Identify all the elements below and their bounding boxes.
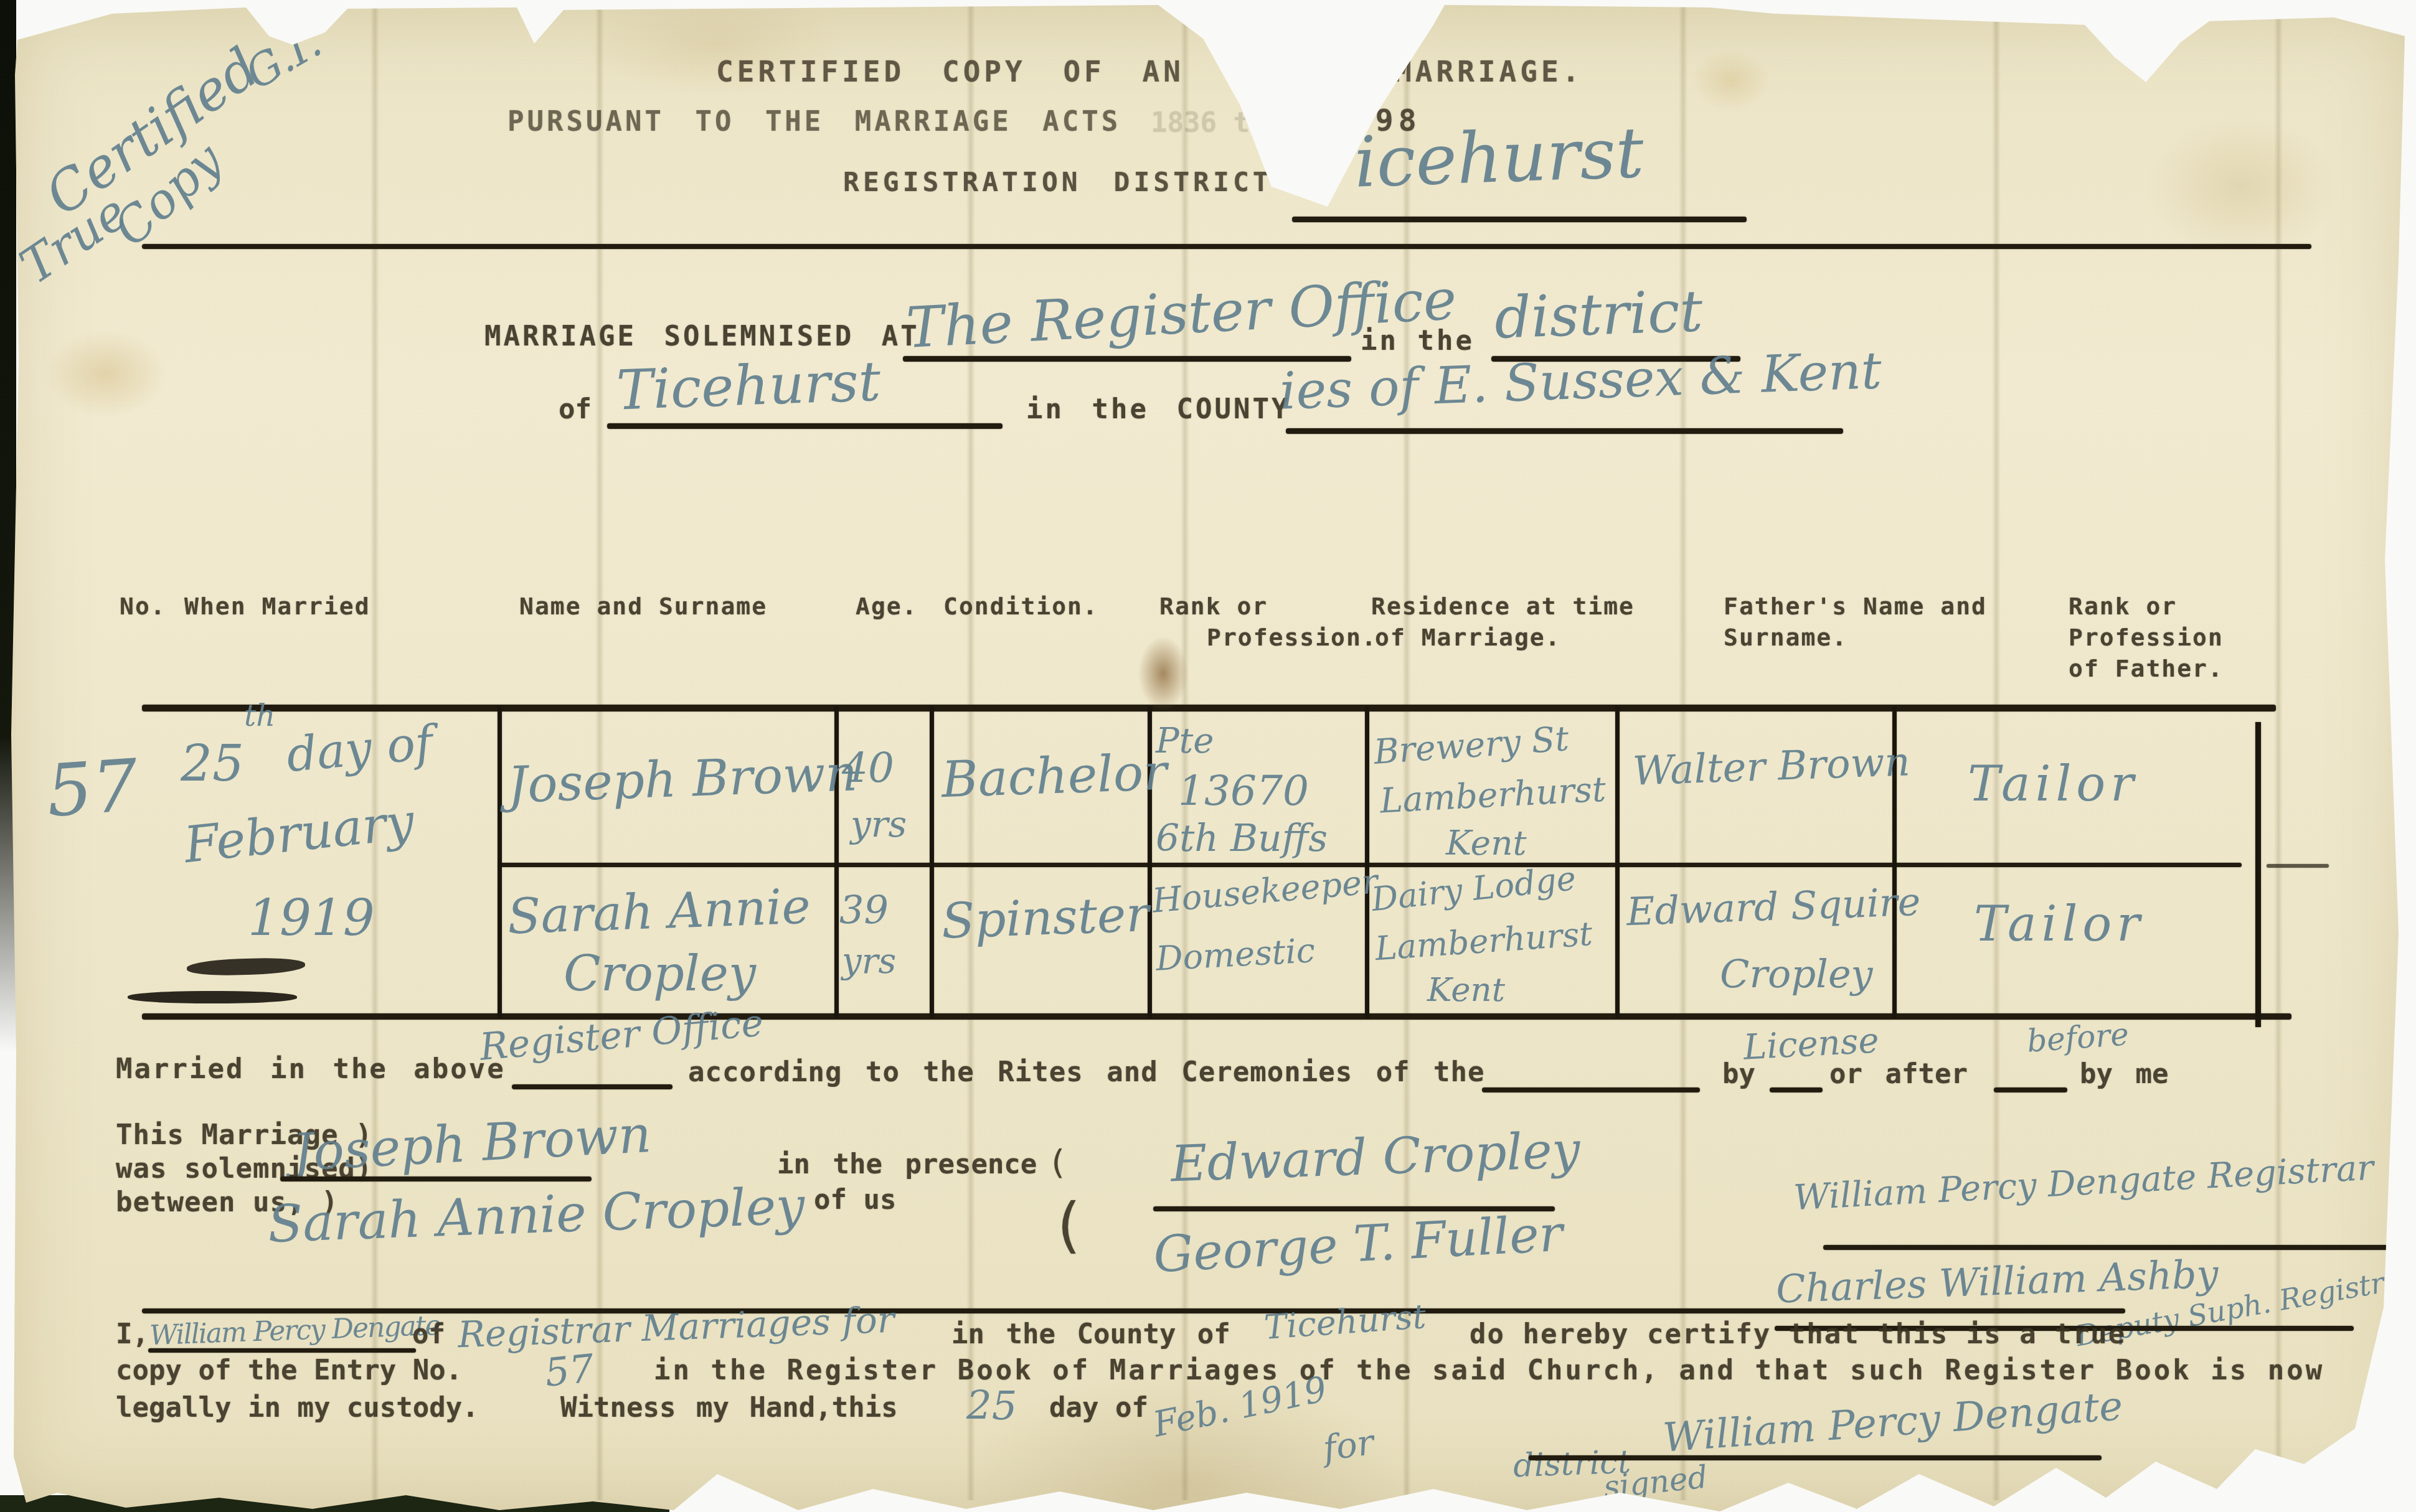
by-me-label: by me — [2080, 1058, 2168, 1090]
groom-age: 40 — [842, 744, 894, 792]
presence-label-line2: of us — [814, 1184, 896, 1216]
groom-rank-line3: 6th Buffs — [1156, 817, 1328, 860]
presence-paren-bottom: ( — [1050, 1190, 1086, 1260]
when-married-year: 1919 — [248, 889, 375, 947]
registrar-signature-line — [1823, 1245, 2389, 1250]
table-column-line — [1615, 707, 1620, 1018]
county-underline — [1286, 428, 1843, 434]
presence-label-line1: in the presence — [777, 1148, 1037, 1180]
bride-residence-line3: Kent — [1427, 971, 1505, 1009]
after-blank-line — [1994, 1087, 2067, 1092]
according-label: according to the Rites and Ceremonies of… — [688, 1056, 1485, 1088]
presence-paren-top: ( — [1047, 1143, 1068, 1182]
groom-rank-line1: Pte — [1156, 721, 1214, 761]
groom-rank-line2: 13670 — [1178, 767, 1309, 815]
cert-witness-label: Witness my Hand,this — [560, 1392, 898, 1424]
cert-day-of-label: day of — [1049, 1392, 1148, 1424]
registration-district-value: Ticehurst — [1306, 113, 1645, 205]
groom-residence-line3: Kent — [1446, 823, 1527, 863]
table-column-line — [498, 707, 502, 1018]
cert-entry-no: 57 — [542, 1345, 596, 1396]
table-top-border — [142, 705, 2276, 711]
cert-bottom-signature: William Percy Dengate — [1661, 1383, 2124, 1461]
rites-blank-line — [1482, 1087, 1700, 1092]
bride-father-name-line2: Cropley — [1720, 951, 1873, 997]
overwrite-underline — [512, 1084, 672, 1089]
when-married-day: 25 — [181, 735, 244, 792]
bride-age: 39 — [839, 887, 889, 932]
certificate-title-left: CERTIFIED COPY OF AN — [716, 55, 1184, 88]
cert-registrar-name: William Percy Dengate — [149, 1310, 440, 1351]
certificate-paper: Certified True Copy G.I. CERTIFIED COPY … — [0, 0, 2416, 1512]
cert-signature-line — [1529, 1455, 2102, 1460]
entry-number: 57 — [44, 744, 141, 833]
groom-condition: Bachelor — [940, 743, 1168, 809]
col-header-father-rank-3: of Father. — [2069, 655, 2224, 682]
witness1-signature: Edward Cropley — [1170, 1121, 1581, 1193]
county-label: in the COUNTY — [1026, 393, 1290, 425]
bride-residence-line1: Dairy Lodge — [1370, 860, 1578, 919]
cert-day: 25 — [966, 1383, 1017, 1429]
bride-rank-line2: Domestic — [1155, 931, 1316, 978]
bride-name-line1: Sarah Annie — [507, 879, 812, 946]
scanned-marriage-certificate: Certified True Copy G.I. CERTIFIED COPY … — [0, 0, 2416, 1512]
acts-faded-year: 1836 to — [1151, 107, 1266, 139]
bride-father-name-line1: Edward Squire — [1626, 879, 1922, 934]
table-right-border — [2255, 722, 2261, 1027]
col-header-condition: Condition. — [943, 593, 1098, 620]
header-rule — [142, 244, 2311, 249]
col-header-residence-2: of Marriage. — [1375, 624, 1561, 651]
cert-copy-label: copy of the Entry No. — [116, 1355, 462, 1386]
registration-district-label: REGISTRATION DISTRICT — [843, 167, 1273, 198]
district-of-value: Ticehurst — [615, 349, 881, 423]
registrar-signature: William Percy Dengate Registrar — [1793, 1148, 2375, 1219]
cert-county-label: in the County of — [951, 1318, 1230, 1350]
place-underline — [903, 356, 1351, 362]
deputy-signature: Charles William Ashby — [1775, 1251, 2219, 1312]
bride-signature: Sarah Annie Cropley — [267, 1176, 806, 1254]
cert-name-underline — [148, 1348, 416, 1353]
in-the-label: in the — [1361, 325, 1475, 357]
groom-father-rank: Tailor — [1968, 756, 2139, 812]
of-underline — [607, 423, 1003, 429]
col-header-father-rank: Rank or — [2069, 593, 2177, 620]
ink-smudge — [187, 957, 306, 977]
bride-name-line2: Cropley — [564, 946, 756, 1002]
col-header-no: No. — [120, 593, 166, 620]
col-header-rank-2: Profession. — [1207, 624, 1377, 651]
bride-father-rank: Tailor — [1974, 896, 2145, 952]
ink-smudge — [128, 991, 297, 1003]
license-annotation: License — [1742, 1020, 1880, 1068]
table-row-divider-dash — [2267, 864, 2329, 868]
col-header-name-surname: Name and Surname — [519, 593, 767, 620]
col-header-rank: Rank or — [1159, 593, 1268, 620]
or-after-label: or after — [1829, 1058, 1968, 1090]
groom-father-name: Walter Brown — [1632, 739, 1911, 795]
table-column-line — [930, 707, 934, 1018]
col-header-father-rank-2: Profession — [2069, 624, 2224, 651]
bride-age-units: yrs — [842, 941, 896, 982]
fold-crease — [2274, 6, 2283, 1500]
col-header-age: Age. — [856, 593, 918, 620]
married-above-label: Married in the above — [116, 1053, 506, 1085]
col-header-residence: Residence at time — [1371, 593, 1635, 620]
col-header-father: Father's Name and — [1724, 593, 1987, 620]
groom-residence-line2: Lamberhurst — [1379, 769, 1607, 821]
cert-certify-label: do hereby certify that this is a true — [1470, 1318, 2126, 1350]
certificate-title-right: OF MARRIAGE. — [1315, 55, 1583, 88]
cert-i-label: I, — [116, 1318, 149, 1350]
of-label: of — [559, 393, 592, 425]
table-bottom-border — [142, 1013, 2291, 1020]
acts-line: PURSUANT TO THE MARRIAGE ACTS — [507, 106, 1121, 138]
cert-role: Registrar Marriages for — [457, 1298, 895, 1356]
solemnised-label: MARRIAGE SOLEMNISED AT — [484, 321, 920, 352]
bride-condition: Spinster — [941, 886, 1150, 950]
when-married-day-suffix: th — [244, 698, 275, 733]
by-blank-line — [1770, 1087, 1823, 1092]
before-annotation: before — [2026, 1016, 2130, 1059]
cert-for: for — [1321, 1422, 1376, 1470]
groom-signature-line — [280, 1176, 592, 1181]
when-married-day-of: day of — [285, 715, 435, 782]
groom-age-units: yrs — [851, 803, 907, 845]
groom-name: Joseph Brown — [507, 744, 859, 814]
district-underline — [1292, 217, 1747, 222]
col-header-when-married: When Married — [184, 593, 370, 620]
cert-of-label: of — [412, 1318, 445, 1350]
witness2-signature: George T. Fuller — [1152, 1204, 1564, 1284]
paper-stain — [1138, 636, 1188, 711]
when-married-month: February — [181, 792, 417, 874]
cert-register-label: in the Register Book of Marriages of the… — [654, 1355, 2324, 1386]
solemnised-area-value: district — [1493, 278, 1704, 352]
col-header-father-2: Surname. — [1724, 624, 1847, 651]
cert-legally-label: legally in my custody. — [116, 1392, 479, 1424]
